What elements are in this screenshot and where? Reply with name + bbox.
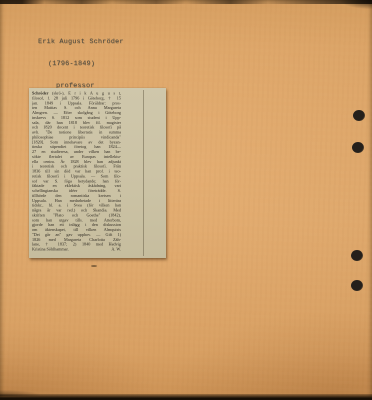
typed-name: Erik August Schröder (38, 39, 124, 46)
scan-edge-bottom (0, 394, 372, 400)
clipping-headword: Schröder (32, 91, 49, 96)
ink-speck (91, 265, 97, 267)
column-divider-rule (143, 90, 144, 256)
clipping-signature: A. W. (111, 247, 121, 252)
punch-hole-mark-1 (353, 110, 365, 121)
punch-hole-mark-4 (351, 280, 363, 291)
clipping-last-line: Kristina Söhlhammar. A. W. (32, 247, 121, 252)
clipping-head-rest: (skrö-), E r i k A u g u s t, (49, 91, 121, 96)
punch-hole-mark-2 (352, 142, 364, 153)
clipping-last-left: Kristina Söhlhammar. (32, 247, 69, 252)
clipping-body: filosof, f. 28 juli 1796 i Göteborg, † 1… (32, 96, 121, 247)
punch-hole-mark-3 (351, 250, 363, 261)
archive-card: Erik August Schröder (1796-1849) profess… (0, 0, 372, 400)
newspaper-clipping: Schröder (skrö-), E r i k A u g u s t, f… (29, 88, 166, 258)
clipping-text-column: Schröder (skrö-), E r i k A u g u s t, f… (32, 91, 121, 255)
typed-years: (1796-1849) (38, 61, 124, 68)
scan-shadow-top-right (326, 0, 372, 12)
clipping-text-inner: Schröder (skrö-), E r i k A u g u s t, f… (32, 91, 121, 252)
scan-edge-top (0, 0, 372, 4)
